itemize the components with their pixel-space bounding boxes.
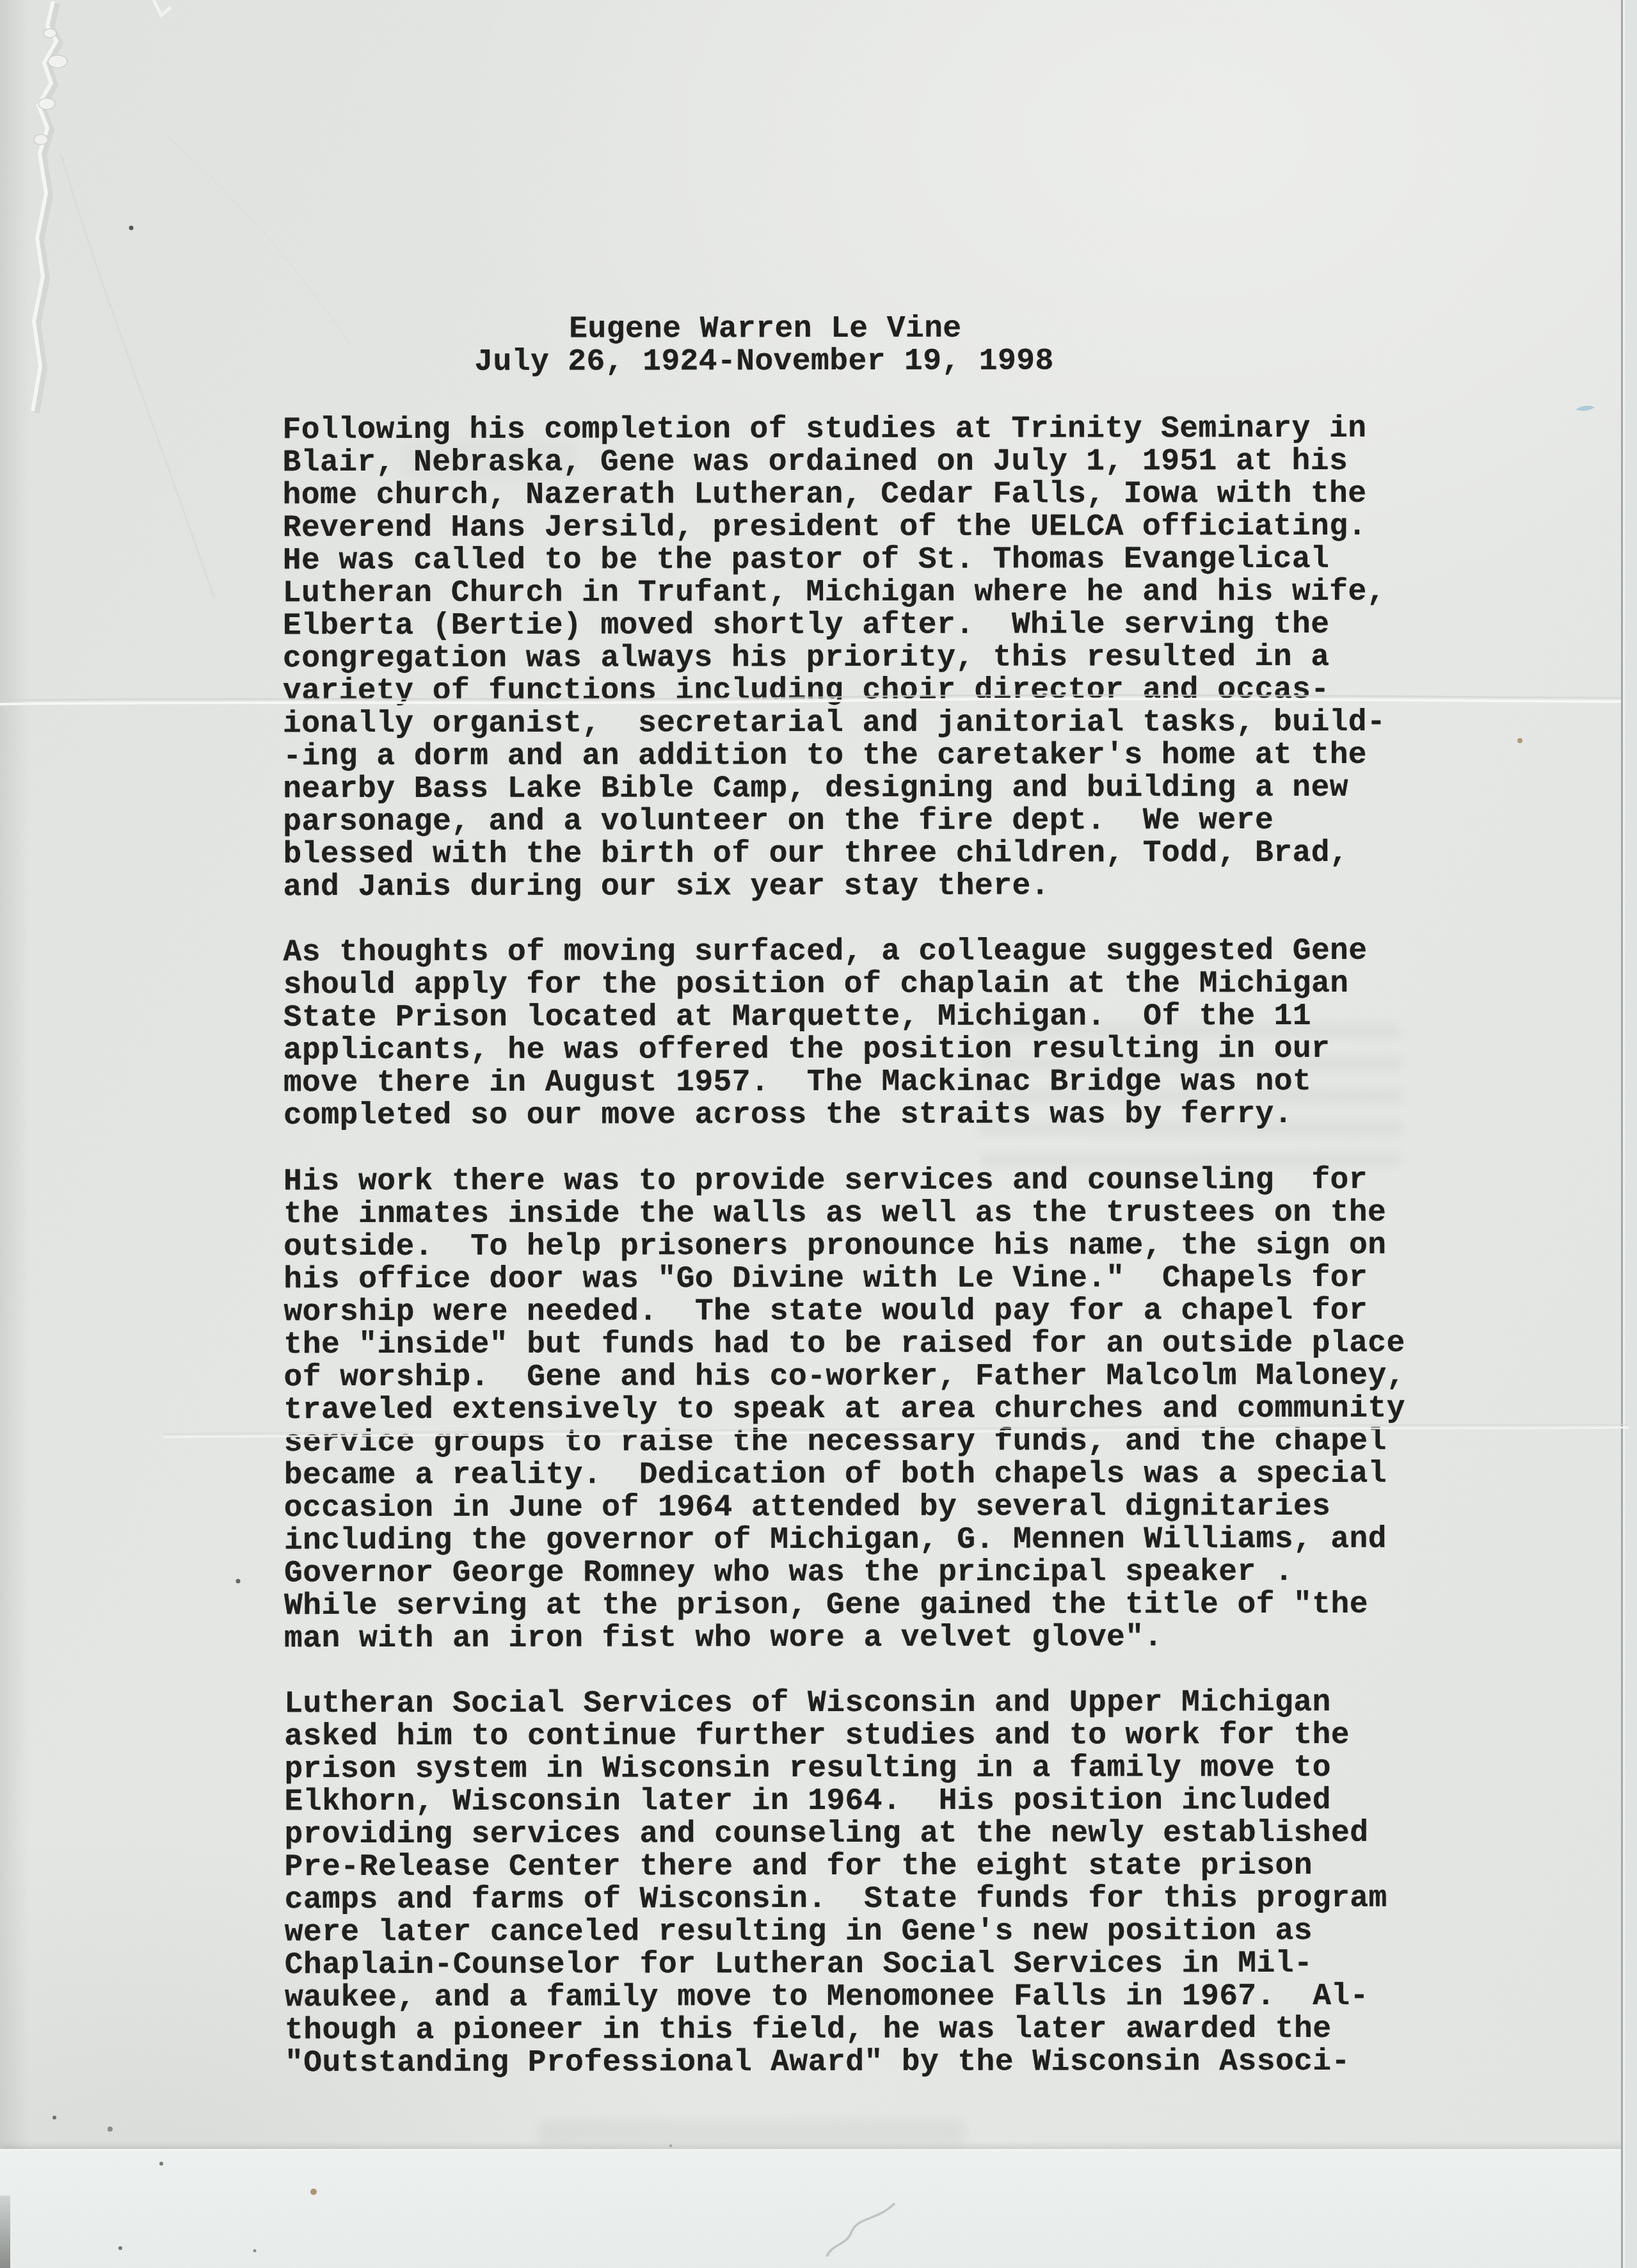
paragraph-2: As thoughts of moving surfaced, a collea… — [283, 935, 1368, 1132]
scanned-page: Eugene Warren Le Vine July 26, 1924-Nove… — [0, 0, 1637, 2268]
paragraph-4: Lutheran Social Services of Wisconsin an… — [284, 1687, 1387, 2080]
paragraph-1: Following his completion of studies at T… — [282, 413, 1385, 904]
document-title-name: Eugene Warren Le Vine — [569, 313, 961, 346]
paragraph-3: His work there was to provide services a… — [283, 1164, 1405, 1655]
document-title-dates: July 26, 1924-November 19, 1998 — [474, 345, 1053, 378]
typewritten-content: Eugene Warren Le Vine July 26, 1924-Nove… — [0, 0, 1637, 2268]
